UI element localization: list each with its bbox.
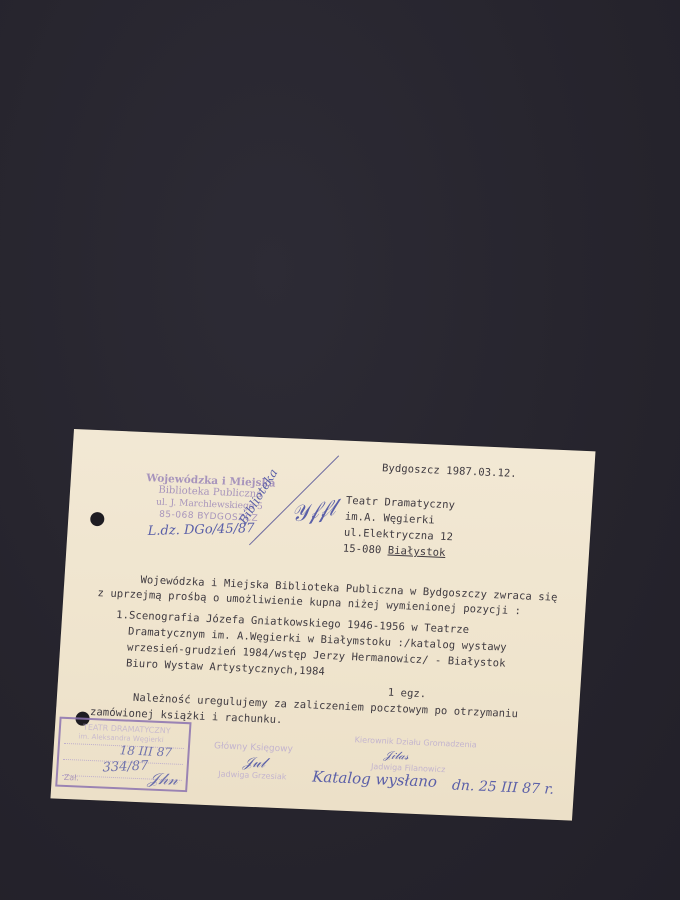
received-stamp-zal-label: Zał. — [64, 773, 80, 783]
signature-right-handwritten: 𝒥𝒾𝓁𝒶𝓈 — [383, 749, 409, 764]
recipient-city: Białystok — [387, 545, 446, 559]
received-initials-handwritten: 𝒥𝒽𝓃 — [147, 768, 178, 789]
signature-left-role: Główny Księgowy — [214, 741, 293, 754]
received-stamp: TEATR DRAMATYCZNY im. Aleksandra Węgierk… — [55, 717, 191, 793]
item-quantity: 1 egz. — [387, 685, 427, 703]
received-date-handwritten: 18 III 87 — [119, 743, 172, 759]
place-date: Bydgoszcz 1987.03.12. — [382, 460, 518, 482]
punch-hole-top — [90, 512, 105, 527]
signature-left-handwritten: 𝒥𝓊𝓁 — [243, 755, 266, 772]
handwritten-signature-top: 𝒴𝒻𝒻𝓁 — [290, 496, 337, 528]
reference-number-handwritten: L.dz. DGo/45/87 — [148, 521, 255, 539]
signature-left-name: Jadwiga Grzesiak — [218, 769, 287, 781]
received-number-handwritten: 334/87 — [102, 759, 148, 776]
recipient-line4: 15-080 Białystok — [342, 541, 446, 561]
handwritten-note-date: dn. 25 III 87 r. — [451, 777, 554, 797]
recipient-postal-code: 15-080 — [342, 543, 388, 557]
signature-right-role: Kierownik Działu Gromadzenia — [354, 735, 477, 749]
letter-document: Wojewódzka i Miejska Biblioteka Publiczn… — [50, 429, 595, 821]
